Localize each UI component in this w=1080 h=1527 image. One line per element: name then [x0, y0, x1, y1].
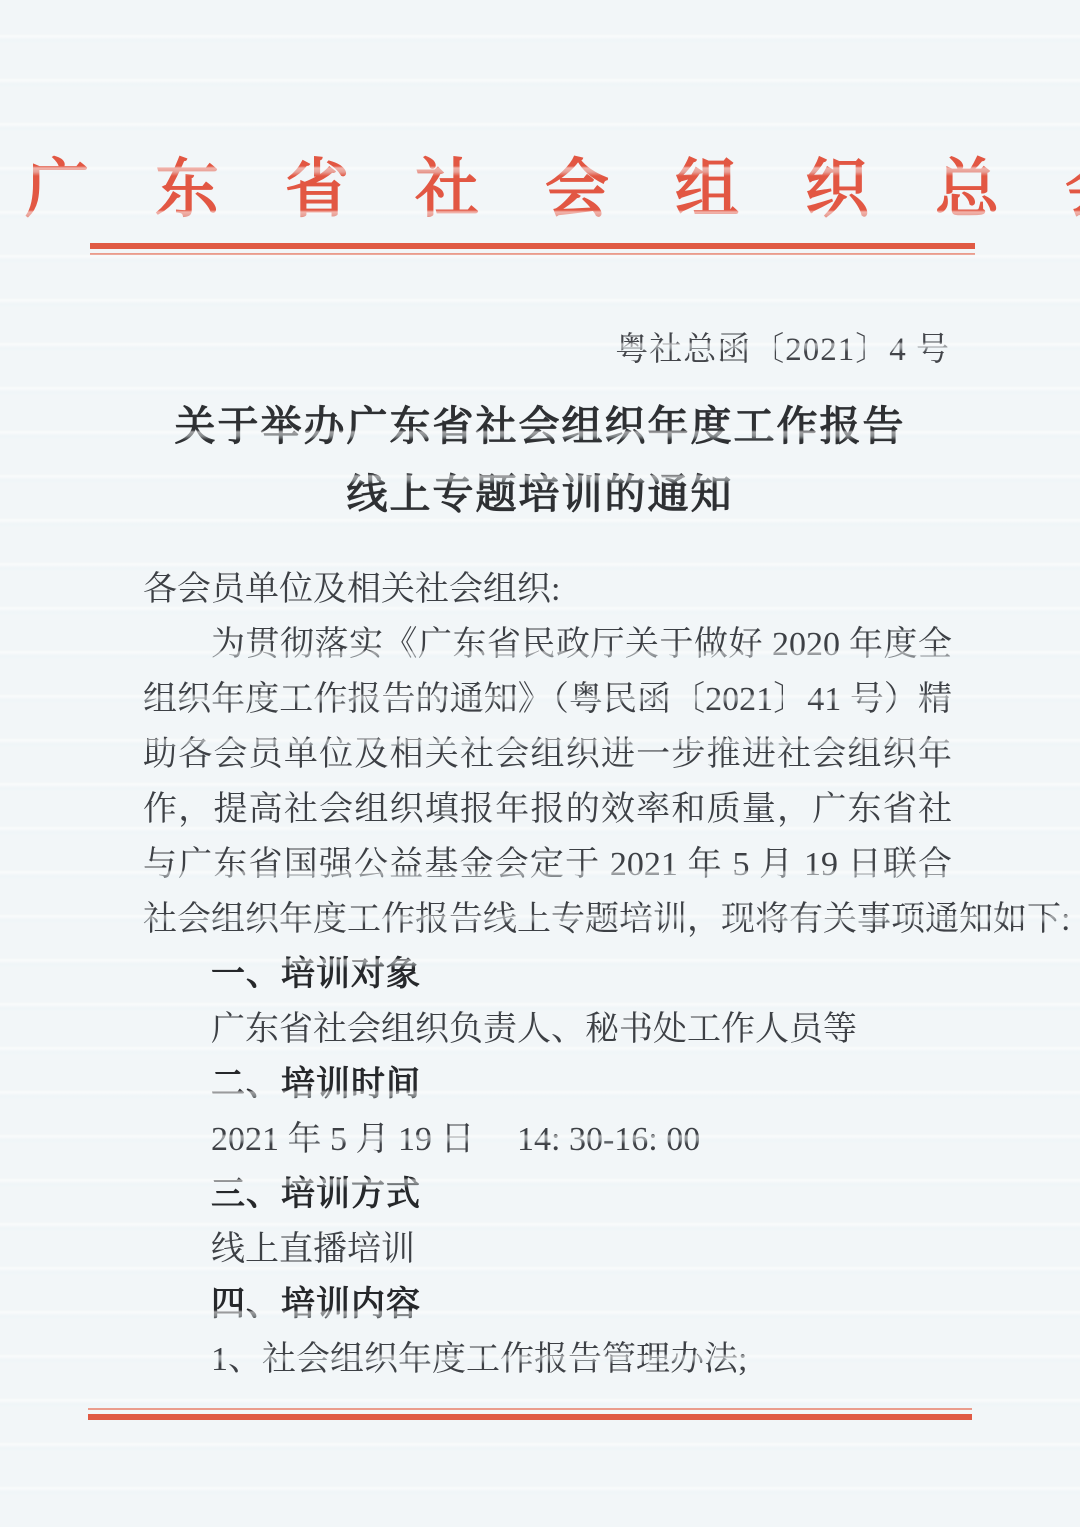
- paragraph-line: 与广东省国强公益基金会定于 2021 年 5 月 19 日联合举办广东省: [143, 837, 952, 892]
- footer-rule-thin-line: [88, 1408, 972, 1410]
- paragraph-line: 作，提高社会组织填报年报的效率和质量，广东省社会组织总会: [143, 782, 952, 837]
- footer-double-rule: [88, 1408, 972, 1420]
- header-rule-thick-line: [90, 243, 975, 249]
- paragraph-line: 为贯彻落实《广东省民政厅关于做好 2020 年度全省性社会: [143, 617, 952, 672]
- paragraph-line: 助各会员单位及相关社会组织进一步推进社会组织年度报告工: [143, 727, 952, 782]
- scanned-notice-page: 广 东 省 社 会 组 织 总 会 粤社总函〔2021〕4 号 关于举办广东省社…: [0, 0, 1080, 1527]
- notice-body: 各会员单位及相关社会组织: 为贯彻落实《广东省民政厅关于做好 2020 年度全省…: [143, 562, 952, 1387]
- notice-title: 关于举办广东省社会组织年度工作报告 线上专题培训的通知: [0, 392, 1080, 528]
- salutation: 各会员单位及相关社会组织:: [143, 562, 952, 617]
- section-4-heading: 四、培训内容: [143, 1277, 952, 1332]
- section-1-content: 广东省社会组织负责人、秘书处工作人员等: [143, 1002, 952, 1057]
- header-double-rule: [90, 243, 975, 255]
- paragraph-line: 社会组织年度工作报告线上专题培训，现将有关事项通知如下:: [143, 892, 952, 947]
- document-reference-number: 粤社总函〔2021〕4 号: [615, 323, 950, 370]
- section-2-heading: 二、培训时间: [143, 1057, 952, 1112]
- notice-title-line-1: 关于举办广东省社会组织年度工作报告: [0, 392, 1080, 460]
- notice-title-line-2: 线上专题培训的通知: [0, 460, 1080, 528]
- section-1-heading: 一、培训对象: [143, 947, 952, 1002]
- paragraph-line: 组织年度工作报告的通知》（粤民函〔2021〕41 号）精神，帮: [143, 672, 952, 727]
- footer-rule-thick-line: [88, 1414, 972, 1420]
- section-3-heading: 三、培训方式: [143, 1167, 952, 1222]
- section-2-content: 2021 年 5 月 19 日 14: 30-16: 00: [143, 1112, 952, 1167]
- section-3-content: 线上直播培训: [143, 1222, 952, 1277]
- header-rule-thin-line: [90, 253, 975, 255]
- section-4-content: 1、社会组织年度工作报告管理办法;: [143, 1332, 952, 1387]
- issuing-organization-title: 广 东 省 社 会 组 织 总 会: [0, 138, 1080, 230]
